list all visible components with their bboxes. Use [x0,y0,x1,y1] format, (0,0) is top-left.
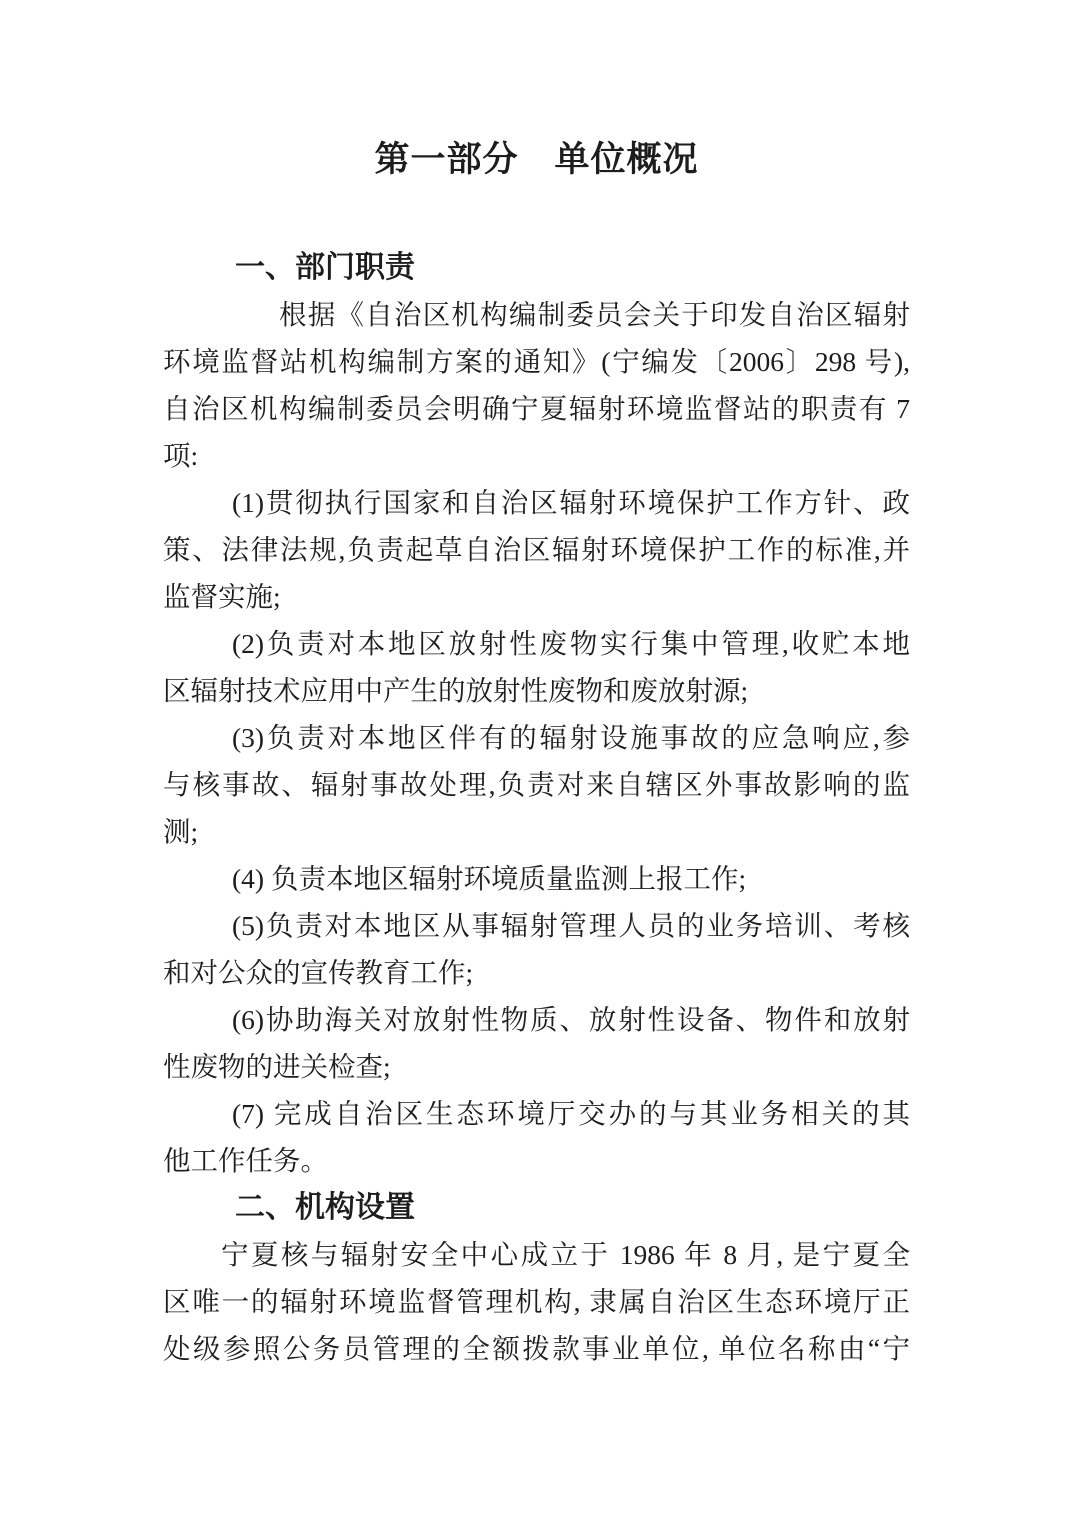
text-line: (1)贯彻执行国家和自治区辐射环境保护工作方针、政 [163,479,910,526]
paragraph: (1)贯彻执行国家和自治区辐射环境保护工作方针、政策、法律法规,负责起草自治区辐… [163,479,910,620]
text-line: 区唯一的辐射环境监督管理机构, 隶属自治区生态环境厅正 [163,1278,910,1325]
text-line: 自治区机构编制委员会明确宁夏辐射环境监督站的职责有 7 [163,385,910,432]
paragraph: (5)负责对本地区从事辐射管理人员的业务培训、考核和对公众的宣传教育工作; [163,902,910,996]
text-line: 和对公众的宣传教育工作; [163,949,910,996]
text-line: 宁夏核与辐射安全中心成立于 1986 年 8 月, 是宁夏全 [163,1231,910,1278]
document-title: 第一部分 单位概况 [163,136,910,184]
text-line: 与核事故、辐射事故处理,负责对来自辖区外事故影响的监 [163,761,910,808]
paragraph: (6)协助海关对放射性物质、放射性设备、物件和放射性废物的进关检查; [163,996,910,1090]
text-line: 策、法律法规,负责起草自治区辐射环境保护工作的标准,并 [163,526,910,573]
text-line: (4) 负责本地区辐射环境质量监测上报工作; [163,855,910,902]
text-line: 他工作任务。 [163,1137,910,1184]
text-line: (7) 完成自治区生态环境厅交办的与其业务相关的其 [163,1090,910,1137]
text-line: 监督实施; [163,573,910,620]
section-heading: 一、部门职责 [163,244,910,291]
text-line: (6)协助海关对放射性物质、放射性设备、物件和放射 [163,996,910,1043]
paragraph: 宁夏核与辐射安全中心成立于 1986 年 8 月, 是宁夏全区唯一的辐射环境监督… [163,1231,910,1372]
text-line: 性废物的进关检查; [163,1043,910,1090]
paragraph: 根据《自治区机构编制委员会关于印发自治区辐射环境监督站机构编制方案的通知》(宁编… [163,291,910,479]
text-line: 环境监督站机构编制方案的通知》(宁编发〔2006〕298 号), [163,338,910,385]
paragraph: (2)负责对本地区放射性废物实行集中管理,收贮本地区辐射技术应用中产生的放射性废… [163,620,910,714]
text-line: 根据《自治区机构编制委员会关于印发自治区辐射 [163,291,910,338]
text-line: 测; [163,808,910,855]
section-heading: 二、机构设置 [163,1184,910,1231]
text-line: (3)负责对本地区伴有的辐射设施事故的应急响应,参 [163,714,910,761]
text-line: (2)负责对本地区放射性废物实行集中管理,收贮本地 [163,620,910,667]
paragraph: (4) 负责本地区辐射环境质量监测上报工作; [163,855,910,902]
document-body: 一、部门职责根据《自治区机构编制委员会关于印发自治区辐射环境监督站机构编制方案的… [163,244,910,1372]
text-line: 项: [163,432,910,479]
text-line: (5)负责对本地区从事辐射管理人员的业务培训、考核 [163,902,910,949]
paragraph: (3)负责对本地区伴有的辐射设施事故的应急响应,参与核事故、辐射事故处理,负责对… [163,714,910,855]
text-line: 处级参照公务员管理的全额拨款事业单位, 单位名称由“宁 [163,1325,910,1372]
paragraph: (7) 完成自治区生态环境厅交办的与其业务相关的其他工作任务。 [163,1090,910,1184]
text-line: 区辐射技术应用中产生的放射性废物和废放射源; [163,667,910,714]
document-page: 第一部分 单位概况 一、部门职责根据《自治区机构编制委员会关于印发自治区辐射环境… [0,0,1074,1520]
